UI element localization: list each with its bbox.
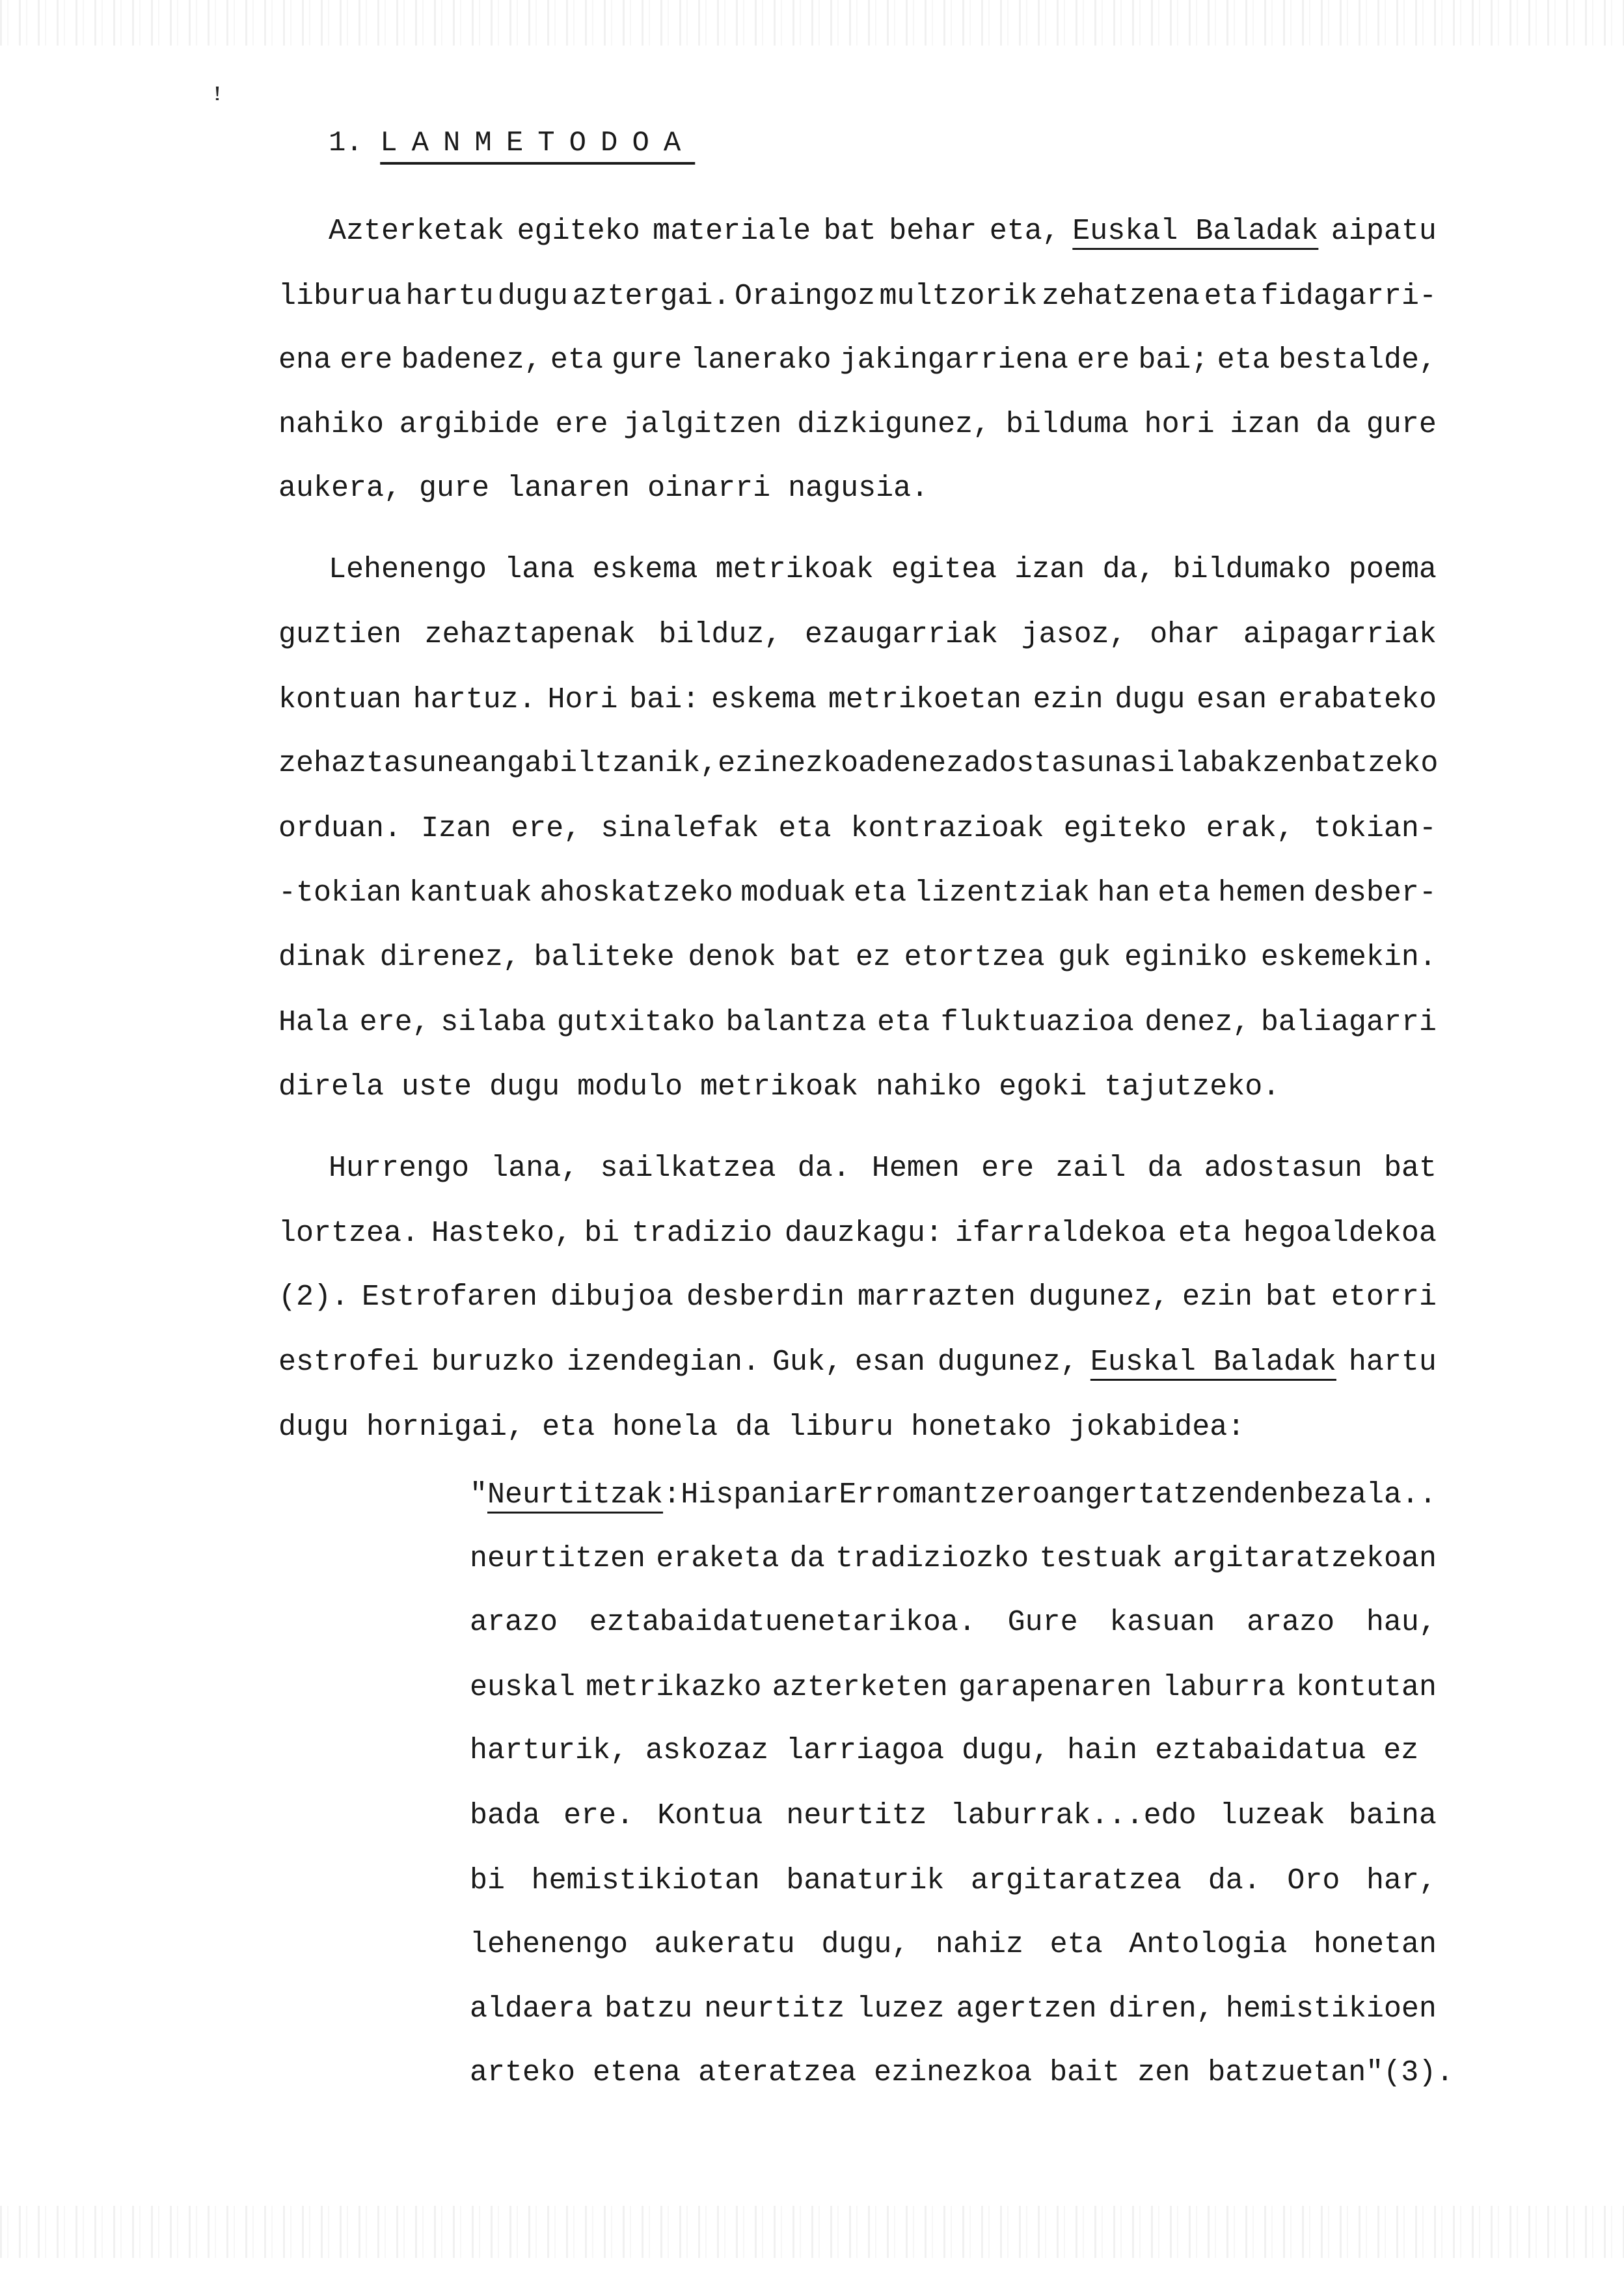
- word: ezin: [1033, 683, 1103, 716]
- word: Estrofaren: [362, 1281, 537, 1314]
- word: gabiltzanik,: [507, 747, 718, 780]
- text-line: zehaztasuneangabiltzanik,ezinezkoadeneza…: [278, 747, 1437, 780]
- word: adostasun: [1204, 1152, 1362, 1185]
- word: metrikoak: [700, 1070, 858, 1104]
- word: behar: [889, 215, 977, 248]
- word: fluktuazioa: [941, 1006, 1134, 1039]
- word: poema: [1349, 553, 1437, 586]
- word: ezinezkoa: [874, 2056, 1032, 2089]
- word: Hemen: [872, 1152, 960, 1185]
- word: liburua: [278, 280, 401, 313]
- word: silabak: [1139, 747, 1262, 780]
- word: batzuetan"(3).: [1208, 2056, 1454, 2089]
- word: eskema: [711, 683, 817, 716]
- word: hartu: [405, 280, 493, 313]
- text-line: badaere.Kontuaneurtitzlaburrak...edoluze…: [470, 1799, 1437, 1832]
- scan-noise-top: [0, 0, 1624, 46]
- word: ohar: [1150, 618, 1220, 651]
- word: ere.: [563, 1799, 634, 1832]
- word: etortzea: [904, 941, 1045, 974]
- word: bat: [824, 215, 876, 248]
- word: bai;: [1138, 344, 1208, 377]
- word: izan: [1014, 553, 1085, 586]
- section-title: LANMETODOA: [380, 127, 695, 159]
- word: egoki: [999, 1070, 1087, 1104]
- word: argibide: [399, 408, 540, 441]
- word: har,: [1366, 1864, 1437, 1897]
- word: ere: [1077, 344, 1130, 377]
- word: gure: [419, 472, 489, 505]
- word: egiteko: [1064, 812, 1187, 845]
- word: Lehenengo: [329, 553, 487, 586]
- word: hau,: [1366, 1606, 1437, 1639]
- word: Hasteko,: [431, 1217, 572, 1250]
- text-line: artekoetenaateratzeaezinezkoabaitzenbatz…: [470, 2056, 1437, 2089]
- section-number: 1.: [329, 127, 363, 159]
- scan-speck: ꜝ: [210, 91, 225, 120]
- underlined-title: Euskal Baladak: [1072, 215, 1318, 248]
- word: ahoskatzeko: [540, 876, 733, 910]
- word: desber-: [1314, 876, 1437, 910]
- word: eztabaidatuenetarikoa.: [589, 1606, 976, 1639]
- word: testuak: [1040, 1542, 1163, 1575]
- word: Hala: [278, 1006, 349, 1039]
- word: bezala..: [1296, 1478, 1437, 1512]
- word: da: [790, 1542, 825, 1575]
- word: hartu: [1349, 1346, 1437, 1379]
- word: jalgitzen: [623, 408, 781, 441]
- underlined-title: Neurtitzak: [487, 1478, 663, 1512]
- word: bestalde,: [1279, 344, 1437, 377]
- word: ere: [340, 344, 392, 377]
- word: zehaztasunean: [278, 747, 507, 780]
- word: eta: [550, 344, 603, 377]
- word: arazo: [470, 1606, 558, 1639]
- word: ere,: [360, 1006, 430, 1039]
- word: eta: [778, 812, 831, 845]
- text-line: lehenengoaukeratudugu,nahizetaAntologiah…: [470, 1928, 1437, 1961]
- word: bat: [1384, 1152, 1437, 1185]
- word: aztergai.: [572, 280, 730, 313]
- word: honetako: [911, 1411, 1051, 1444]
- word: da,: [1102, 553, 1155, 586]
- word: argitaratzea: [971, 1864, 1182, 1897]
- word: dugu: [498, 280, 568, 313]
- word: eskema: [592, 553, 697, 586]
- word: hartuz.: [413, 683, 536, 716]
- word: banaturik: [786, 1864, 944, 1897]
- word: askozaz: [645, 1734, 768, 1767]
- word: baina: [1349, 1799, 1437, 1832]
- word: eraketa: [656, 1542, 779, 1575]
- word: guk: [1058, 941, 1111, 974]
- text-line: Halaere,silabagutxitakobalantzaetafluktu…: [278, 1006, 1437, 1039]
- word: azterketen: [772, 1671, 948, 1704]
- word: tajutzeko.: [1104, 1070, 1280, 1104]
- word: Oro: [1287, 1864, 1340, 1897]
- word: metrikoetan: [828, 683, 1022, 716]
- word: lanaren: [507, 472, 630, 505]
- word: dinak: [278, 941, 366, 974]
- word: jasoz,: [1022, 618, 1127, 651]
- word: Hori: [548, 683, 618, 716]
- word: dugu,: [962, 1734, 1049, 1767]
- word: adostasuna: [964, 747, 1139, 780]
- text-line: euskalmetrikazkoazterketengarapenarenlab…: [470, 1671, 1437, 1704]
- text-line: estrofeiburuzkoizendegian.Guk,esandugune…: [278, 1346, 1437, 1379]
- word: ezinezkoa: [718, 747, 876, 780]
- word: "Neurtitzak:: [470, 1478, 681, 1512]
- text-line: neurtitzeneraketadatradiziozkotestuakarg…: [470, 1542, 1437, 1575]
- word: euskal: [470, 1671, 575, 1704]
- underlined-title: Euskal Baladak: [1090, 1346, 1336, 1379]
- word: dugu: [489, 1070, 560, 1104]
- word: erak,: [1206, 812, 1294, 845]
- word: arazo: [1247, 1606, 1334, 1639]
- word: buruzko: [431, 1346, 554, 1379]
- word: bada: [470, 1799, 540, 1832]
- word: orduan.: [278, 812, 401, 845]
- word: silaba: [440, 1006, 546, 1039]
- word: dugu,: [821, 1928, 909, 1961]
- word: oinarri: [647, 472, 770, 505]
- word: denok: [688, 941, 776, 974]
- word: da: [735, 1411, 770, 1444]
- word: hain: [1067, 1734, 1137, 1767]
- word: luzeak: [1220, 1799, 1325, 1832]
- word: eta: [1217, 344, 1270, 377]
- word: tradiziozko: [835, 1542, 1029, 1575]
- word: aldaera: [470, 1992, 593, 2026]
- word: ateratzea: [698, 2056, 856, 2089]
- word: denez: [876, 747, 964, 780]
- word: ez: [856, 941, 891, 974]
- word: esan: [1197, 683, 1267, 716]
- word: metrikazko: [586, 1671, 761, 1704]
- word: kasuan: [1109, 1606, 1215, 1639]
- word: bat: [789, 941, 842, 974]
- word: honela: [612, 1411, 718, 1444]
- word: laburra: [1163, 1671, 1286, 1704]
- word: da: [1148, 1152, 1183, 1185]
- word: nagusia.: [788, 472, 928, 505]
- word: Hispaniar: [681, 1478, 839, 1512]
- word: honetan: [1314, 1928, 1437, 1961]
- word: gertatzen: [1085, 1478, 1243, 1512]
- word: Euskal Baladak: [1072, 215, 1318, 248]
- word: da.: [798, 1152, 850, 1185]
- word: hegoaldekoa: [1243, 1217, 1437, 1250]
- text-line: enaerebadenez,etagurelanerakojakingarrie…: [278, 344, 1437, 377]
- word: lana,: [491, 1152, 578, 1185]
- word: bat: [1265, 1281, 1318, 1314]
- word: aipagarriak: [1243, 618, 1437, 651]
- word: neurtitz: [704, 1992, 845, 2026]
- word: Hurrengo: [329, 1152, 469, 1185]
- word: baliteke: [534, 941, 675, 974]
- text-line: Lehenengolanaeskemametrikoakegiteaizanda…: [329, 553, 1437, 586]
- word: hemen: [1218, 876, 1306, 910]
- word: bilduma: [1006, 408, 1129, 441]
- word: eginiko: [1124, 941, 1247, 974]
- text-line: "Neurtitzak:HispaniarErromantzeroangerta…: [470, 1478, 1437, 1512]
- word: dugu: [278, 1411, 349, 1444]
- word: zehaztapenak: [425, 618, 636, 651]
- word: Izan: [421, 812, 491, 845]
- text-line: nahikoargibideerejalgitzendizkigunez,bil…: [278, 408, 1437, 441]
- word: dibujoa: [550, 1281, 673, 1314]
- word: Euskal Baladak: [1090, 1346, 1336, 1379]
- text-line: kontuanhartuz.Horibai:eskemametrikoetane…: [278, 683, 1437, 716]
- word: da.: [1208, 1864, 1261, 1897]
- text-line: direlaustedugumodulometrikoaknahikoegoki…: [278, 1070, 1437, 1104]
- word: (2).: [278, 1281, 349, 1314]
- word: zen: [1137, 2056, 1190, 2089]
- text-line: aukera,gurelanarenoinarrinagusia.: [278, 472, 1437, 505]
- word: eztabaidatua: [1155, 1734, 1366, 1767]
- word: batzu: [604, 1992, 692, 2026]
- word: hemistikioen: [1226, 1992, 1437, 2026]
- text-line: aldaerabatzuneurtitzluzezagertzendiren,h…: [470, 1992, 1437, 2026]
- word: sailkatzea: [600, 1152, 776, 1185]
- word: etena: [593, 2056, 681, 2089]
- word: jakingarriena: [840, 344, 1068, 377]
- word: materiale: [653, 215, 811, 248]
- word: egiteko: [517, 215, 640, 248]
- word: nahiko: [876, 1070, 981, 1104]
- word: garapenaren: [958, 1671, 1152, 1704]
- word: hornigai,: [366, 1411, 524, 1444]
- word: eta: [1178, 1217, 1231, 1250]
- word: aukeratu: [655, 1928, 795, 1961]
- word: den: [1243, 1478, 1296, 1512]
- word: baliagarri: [1261, 1006, 1437, 1039]
- word: larriagoa: [786, 1734, 944, 1767]
- text-line: harturik,askozazlarriagoadugu,haineztaba…: [470, 1734, 1437, 1767]
- word: eta,: [990, 215, 1060, 248]
- word: bi: [584, 1217, 619, 1250]
- text-line: -tokiankantuakahoskatzekomoduaketalizent…: [278, 876, 1437, 910]
- word: Erromantzeroan: [839, 1478, 1085, 1512]
- word: tokian-: [1314, 812, 1437, 845]
- word: ena: [278, 344, 331, 377]
- word: dugunez,: [1029, 1281, 1169, 1314]
- word: erabateko: [1279, 683, 1437, 716]
- word: bi: [470, 1864, 505, 1897]
- word: lanerako: [690, 344, 831, 377]
- text-line: duguhornigai,etahoneladaliburuhonetakojo…: [278, 1411, 1437, 1444]
- word: liburu: [788, 1411, 893, 1444]
- word: gutxitako: [557, 1006, 715, 1039]
- word: gure: [1366, 408, 1437, 441]
- word: bilduz,: [658, 618, 781, 651]
- word: zenbatzeko: [1262, 747, 1438, 780]
- word: eta: [1204, 280, 1256, 313]
- word: nahiko: [278, 408, 384, 441]
- word: desberdin: [686, 1281, 845, 1314]
- word: dugunez,: [938, 1346, 1078, 1379]
- word: ezaugarriak: [805, 618, 998, 651]
- word: modulo: [577, 1070, 683, 1104]
- word: hemistikiotan: [532, 1864, 760, 1897]
- word: marrazten: [858, 1281, 1016, 1314]
- word: fidagarri-: [1261, 280, 1437, 313]
- word: hori: [1144, 408, 1215, 441]
- word: eta: [1050, 1928, 1103, 1961]
- text-line: bihemistikiotanbanaturikargitaratzeada.O…: [470, 1864, 1437, 1897]
- word: eta: [1157, 876, 1210, 910]
- word: bait: [1049, 2056, 1120, 2089]
- word: sinalefak: [601, 812, 759, 845]
- word: -tokian: [278, 876, 401, 910]
- word: multzorik: [879, 280, 1037, 313]
- word: aipatu: [1331, 215, 1437, 248]
- word: gure: [612, 344, 682, 377]
- word: Gure: [1008, 1606, 1078, 1639]
- text-line: Hurrengolana,sailkatzeada.Hemenerezailda…: [329, 1152, 1437, 1185]
- word: Oraingoz: [735, 280, 875, 313]
- word: ez: [1383, 1734, 1418, 1767]
- word: zail: [1055, 1152, 1126, 1185]
- text-line: guztienzehaztapenakbilduz,ezaugarriakjas…: [278, 618, 1437, 651]
- word: harturik,: [470, 1734, 628, 1767]
- word: balantza: [725, 1006, 866, 1039]
- text-line: dinakdirenez,balitekedenokbatezetortzeag…: [278, 941, 1437, 974]
- word: argitaratzekoan: [1173, 1542, 1437, 1575]
- word: metrikoak: [716, 553, 874, 586]
- word: lizentziak: [914, 876, 1090, 910]
- word: izan: [1230, 408, 1300, 441]
- word: lortzea.: [278, 1217, 419, 1250]
- word: ere: [556, 408, 608, 441]
- word: ifarraldekoa: [955, 1217, 1166, 1250]
- word: aukera,: [278, 472, 401, 505]
- word: tradizio: [632, 1217, 772, 1250]
- word: esan: [855, 1346, 925, 1379]
- word: kontrazioak: [851, 812, 1044, 845]
- word: ere: [981, 1152, 1034, 1185]
- word: neurtitz: [786, 1799, 927, 1832]
- word: eta: [854, 876, 906, 910]
- word: estrofei: [278, 1346, 419, 1379]
- word: direla: [278, 1070, 384, 1104]
- word: Kontua: [657, 1799, 763, 1832]
- word: eta: [542, 1411, 595, 1444]
- word: kontutan: [1296, 1671, 1437, 1704]
- word: etorri: [1331, 1281, 1437, 1314]
- word: Guk,: [772, 1346, 843, 1379]
- word: bai:: [629, 683, 699, 716]
- scan-noise-bottom: [0, 2206, 1624, 2258]
- text-line: arazoeztabaidatuenetarikoa.Gurekasuanara…: [470, 1606, 1437, 1639]
- word: lana: [504, 553, 575, 586]
- word: bildumako: [1173, 553, 1331, 586]
- word: uste: [401, 1070, 472, 1104]
- word: lehenengo: [470, 1928, 628, 1961]
- section-heading: 1. LANMETODOA: [329, 127, 695, 159]
- word: kantuak: [409, 876, 532, 910]
- word: arteko: [470, 2056, 575, 2089]
- word: egitea: [891, 553, 997, 586]
- text-line: lortzea.Hasteko,bitradiziodauzkagu:ifarr…: [278, 1217, 1437, 1250]
- word: guztien: [278, 618, 401, 651]
- word: eskemekin.: [1261, 941, 1437, 974]
- word: zehatzena: [1042, 280, 1200, 313]
- word: moduak: [740, 876, 846, 910]
- word: denez,: [1144, 1006, 1250, 1039]
- word: ezin: [1182, 1281, 1252, 1314]
- word: ere,: [511, 812, 581, 845]
- word: nahiz: [936, 1928, 1023, 1961]
- word: Azterketak: [329, 215, 504, 248]
- word: direnez,: [380, 941, 521, 974]
- word: da: [1316, 408, 1351, 441]
- text-line: Azterketakegitekomaterialebatbehareta,Eu…: [329, 215, 1437, 248]
- word: agertzen: [956, 1992, 1097, 2026]
- word: jokabidea:: [1069, 1411, 1245, 1444]
- word: laburrak...edo: [951, 1799, 1197, 1832]
- word: diren,: [1109, 1992, 1214, 2026]
- text-line: liburuahartuduguaztergai.Oraingozmultzor…: [278, 280, 1437, 313]
- word: dauzkagu:: [785, 1217, 943, 1250]
- text-line: orduan.Izanere,sinalefaketakontrazioakeg…: [278, 812, 1437, 845]
- word: dizkigunez,: [797, 408, 990, 441]
- word: luzez: [856, 1992, 944, 2026]
- word: kontuan: [278, 683, 401, 716]
- word: eta: [877, 1006, 930, 1039]
- word: badenez,: [401, 344, 542, 377]
- word: Antologia: [1129, 1928, 1287, 1961]
- text-line: (2).Estrofarendibujoadesberdinmarraztend…: [278, 1281, 1437, 1314]
- word: han: [1098, 876, 1150, 910]
- word: neurtitzen: [470, 1542, 645, 1575]
- word: dugu: [1115, 683, 1185, 716]
- word: izendegian.: [567, 1346, 760, 1379]
